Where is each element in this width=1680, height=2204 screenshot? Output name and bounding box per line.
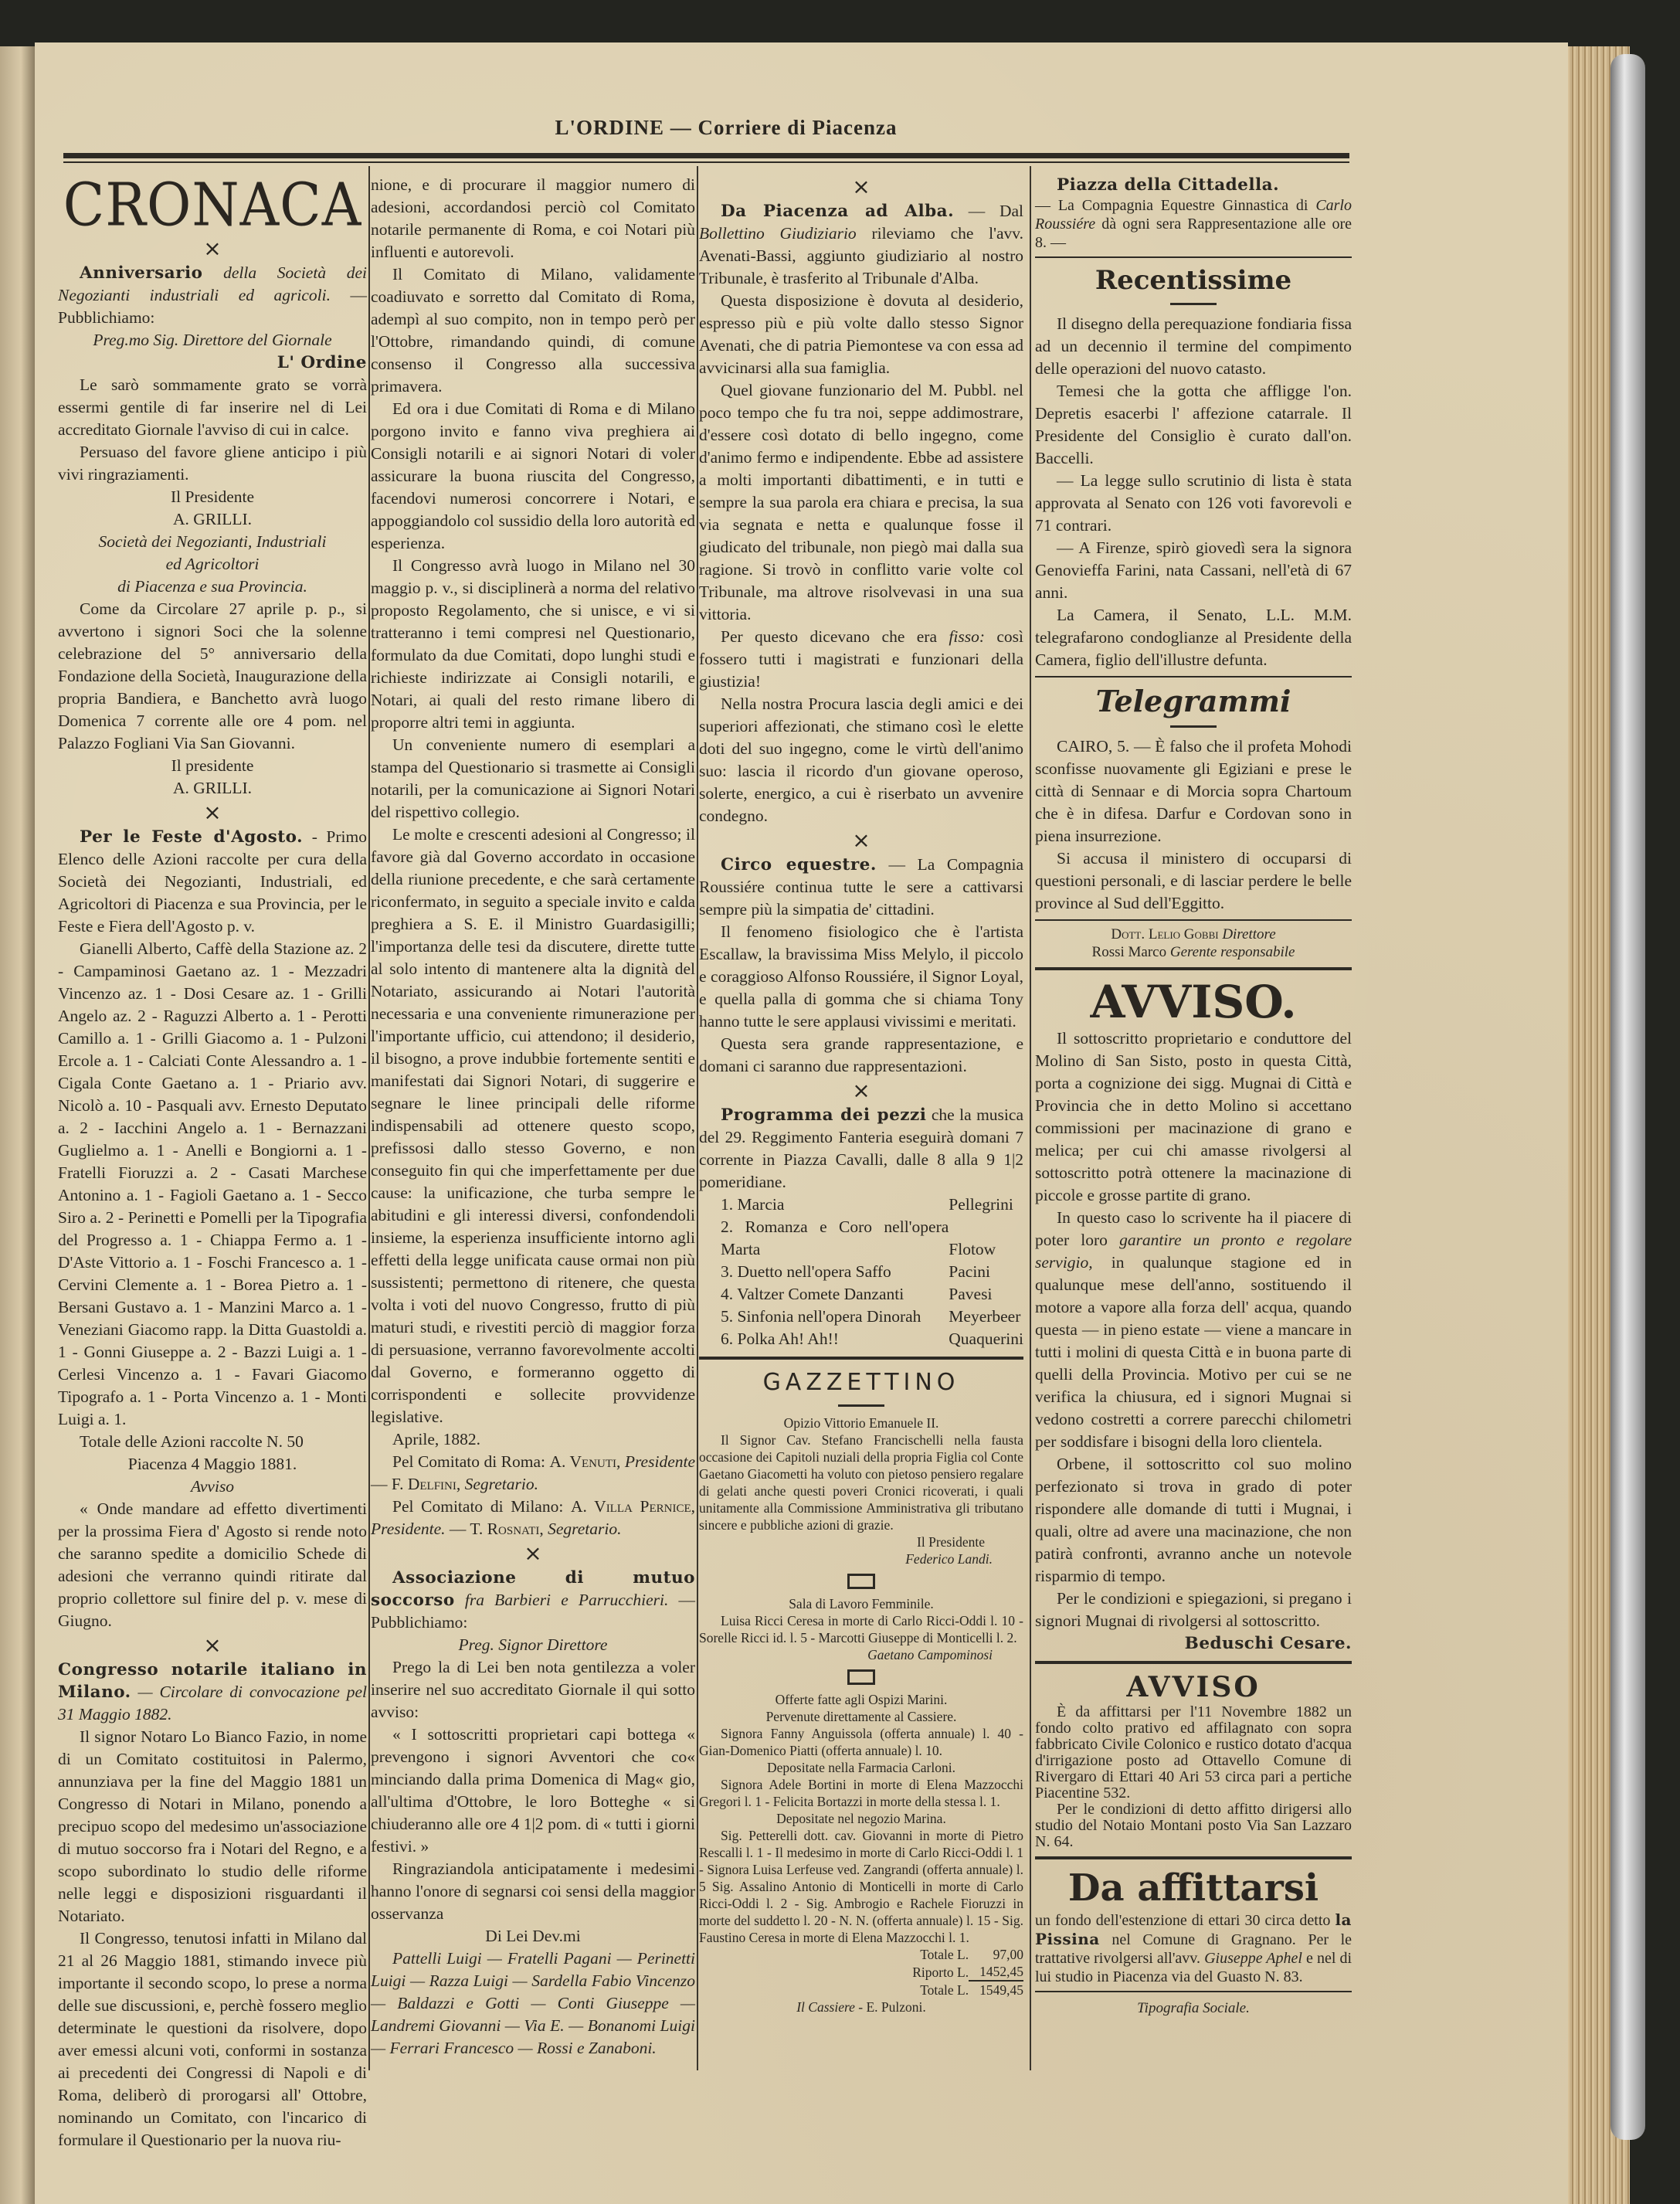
- article-headline: Circo equestre.: [721, 855, 877, 874]
- totals-table: Totale L.97,00 Riporto L.1452,45 Totale …: [901, 1946, 1023, 1999]
- article-programma-pezzi: Programma dei pezzi che la musica del 29…: [699, 1104, 1023, 1350]
- article-associazione-mutuo-soccorso: Associazione di mutuo soccorso fra Barbi…: [371, 1567, 695, 2060]
- section-title-recentissime: Recentissime: [1035, 263, 1352, 298]
- recentissime-section: Recentissime Il disegno della perequazio…: [1035, 263, 1352, 671]
- separator-cross: ×: [58, 1632, 367, 1659]
- top-rule: [63, 153, 1349, 158]
- section-rule: [1035, 919, 1352, 921]
- column-4: Piazza della Cittadella. — La Compagnia …: [1035, 174, 1352, 2019]
- column-2: nione, e di procurare il maggior numero …: [371, 174, 695, 2060]
- signature-roma: Pel Comitato di Roma: A. Venuti, Preside…: [371, 1451, 695, 1496]
- program-row: 1. MarciaPellegrini: [699, 1194, 1023, 1216]
- advert-da-affittarsi: Da affittarsi un fondo dell'estenzione d…: [1035, 1866, 1352, 1986]
- advert-title: Da affittarsi: [1035, 1866, 1352, 1910]
- separator-cross: ×: [58, 800, 367, 826]
- signature-milano: Pel Comitato di Milano: A. Villa Pernice…: [371, 1496, 695, 1540]
- article-congresso-notarile: Congresso notarile italiano in Milano. —…: [58, 1659, 367, 2151]
- section-rule: [1035, 1856, 1352, 1859]
- advert-title: AVVISO.: [1035, 976, 1352, 1027]
- section-rule: [1035, 676, 1352, 678]
- section-rule: [1035, 1991, 1352, 1992]
- top-rule-thin: [63, 161, 1349, 163]
- column-1: CRONACA × Anniversario della Società dei…: [58, 174, 367, 2151]
- telegrammi-section: Telegrammi CAIRO, 5. — È falso che il pr…: [1035, 682, 1352, 915]
- title-dash: [1170, 725, 1217, 728]
- total-row: Totale L.1549,45: [901, 1981, 1023, 1999]
- separator-cross: ×: [371, 1540, 695, 1567]
- article-headline: Programma dei pezzi: [721, 1105, 926, 1125]
- separator-cross: ×: [699, 174, 1023, 200]
- program-row: 6. Polka Ah! Ah!!Quaquerini: [699, 1328, 1023, 1350]
- column-divider: [368, 166, 370, 2070]
- gazzettino-section: GAZZETTINO Opizio Vittorio Emanuele II. …: [699, 1366, 1023, 2016]
- program-row: 2. Romanza e Coro nell'opera MartaFlotow: [699, 1216, 1023, 1261]
- program-row: 3. Duetto nell'opera SaffoPacini: [699, 1261, 1023, 1283]
- column-divider: [697, 166, 698, 2070]
- section-rule: [699, 1357, 1023, 1360]
- article-circo-equestre: Circo equestre. — La Compagnia Roussiére…: [699, 854, 1023, 1078]
- section-title-telegrammi: Telegrammi: [1035, 682, 1352, 721]
- section-title-cronaca: CRONACA: [58, 171, 367, 239]
- separator-cross: ×: [699, 827, 1023, 854]
- music-program-table: 1. MarciaPellegrini 2. Romanza e Coro ne…: [699, 1194, 1023, 1350]
- section-rule: [1035, 256, 1352, 258]
- section-rule: [1035, 967, 1352, 970]
- article-headline: Per le Feste d'Agosto.: [80, 827, 303, 847]
- shares-list: Gianelli Alberto, Caffè della Stazione a…: [58, 938, 367, 1431]
- section-title-gazzettino: GAZZETTINO: [699, 1366, 1023, 1400]
- advert-affitto-ottavello: AVVISO È da affittarsi per l'11 Novembre…: [1035, 1670, 1352, 1850]
- article-feste-agosto: Per le Feste d'Agosto. - Primo Elenco de…: [58, 826, 367, 1632]
- advert-title: AVVISO: [1035, 1670, 1352, 1704]
- column-divider: [1030, 166, 1031, 2070]
- section-rule: [1035, 1661, 1352, 1664]
- article-headline: Anniversario: [80, 263, 202, 283]
- total-row: Riporto L.1452,45: [901, 1963, 1023, 1981]
- binder-clip: [1610, 54, 1645, 2140]
- column-3: × Da Piacenza ad Alba. — Dal Bollettino …: [699, 174, 1023, 2016]
- total-row: Totale L.97,00: [901, 1946, 1023, 1963]
- program-row: 4. Valtzer Comete DanzantiPavesi: [699, 1283, 1023, 1306]
- separator-box-icon: [847, 1574, 875, 1589]
- article-piazza-cittadella: Piazza della Cittadella. — La Compagnia …: [1035, 174, 1352, 252]
- separator-box-icon: [847, 1669, 875, 1685]
- staff-credits: Dott. Lelio Gobbi Direttore Rossi Marco …: [1035, 925, 1352, 961]
- title-dash: [838, 1404, 884, 1407]
- article-piacenza-alba: Da Piacenza ad Alba. — Dal Bollettino Gi…: [699, 200, 1023, 827]
- article-headline: Da Piacenza ad Alba.: [721, 202, 954, 221]
- separator-cross: ×: [699, 1078, 1023, 1104]
- printer-credit: Tipografia Sociale.: [1035, 1997, 1352, 2019]
- masthead: L'ORDINE — Corriere di Piacenza: [494, 116, 958, 140]
- advert-molino: AVVISO. Il sottoscritto proprietario e c…: [1035, 976, 1352, 1655]
- title-dash: [1170, 303, 1217, 305]
- book-spine: [0, 46, 35, 2204]
- article-anniversario: Anniversario della Società dei Negoziant…: [58, 262, 367, 800]
- program-row: 5. Sinfonia nell'opera DinorahMeyerbeer: [699, 1306, 1023, 1328]
- article-headline: Piazza della Cittadella.: [1057, 175, 1279, 195]
